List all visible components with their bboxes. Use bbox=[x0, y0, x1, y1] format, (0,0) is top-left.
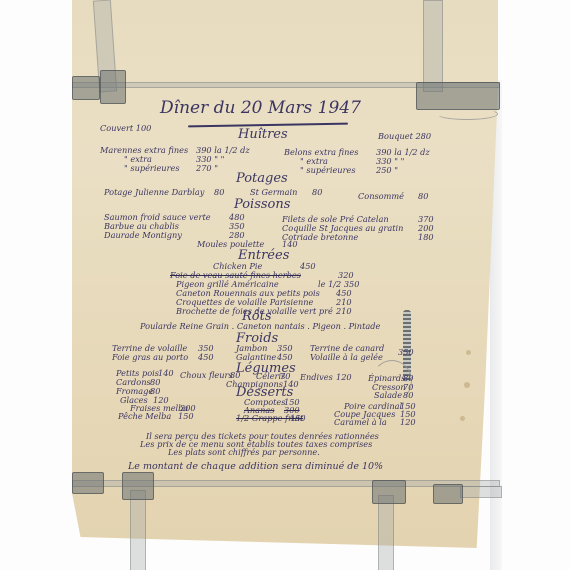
menu-item-struck: Foie de veau sauté fines herbes bbox=[170, 271, 301, 279]
menu-price: 200 bbox=[418, 224, 434, 232]
menu-item: Fromage bbox=[116, 387, 153, 395]
menu-price: 330 " " bbox=[196, 155, 224, 163]
menu-price: 250 " bbox=[376, 166, 398, 174]
note-line: Les plats sont chiffrés par personne. bbox=[168, 448, 320, 456]
menu-item: Moules poulette bbox=[197, 240, 264, 248]
menu-price: 270 " bbox=[196, 164, 218, 172]
menu-item: " supérieures bbox=[124, 164, 180, 172]
menu-item: Galantine bbox=[236, 353, 276, 361]
menu-item: Foie gras au porto bbox=[112, 353, 188, 361]
menu-price: 80 bbox=[150, 387, 160, 395]
menu-item: Daurade Montigny bbox=[104, 231, 182, 239]
menu-item: Jambon bbox=[236, 344, 267, 352]
menu-price: 350 bbox=[277, 344, 293, 352]
menu-price: 80 bbox=[214, 188, 224, 196]
menu-item: Caramel à la bbox=[334, 418, 387, 426]
menu-item: Cardons bbox=[116, 378, 151, 386]
menu-price: 80 bbox=[230, 371, 240, 379]
menu-item: Belons extra fines bbox=[284, 148, 358, 156]
menu-item: Filets de sole Pré Catelan bbox=[282, 215, 389, 223]
couvert-charge: Couvert 100 bbox=[100, 124, 151, 132]
menu-price: 450 bbox=[277, 353, 293, 361]
menu-item: Consommé bbox=[358, 192, 404, 200]
menu-item: Pigeon grillé Américaine bbox=[176, 280, 279, 288]
menu-price: 80 bbox=[312, 188, 322, 196]
menu-price: 210 bbox=[336, 307, 352, 315]
menu-price: 350 bbox=[198, 344, 214, 352]
menu-price: 450 bbox=[336, 289, 352, 297]
menu-price: 280 bbox=[229, 231, 245, 239]
menu-item: Endives bbox=[300, 373, 333, 381]
menu-item: Caneton Rouennais aux petits pois bbox=[176, 289, 320, 297]
menu-item: Salade bbox=[374, 391, 402, 399]
menu-item: " extra bbox=[124, 155, 152, 163]
menu-item: Choux fleurs bbox=[180, 371, 233, 379]
menu-item: Marennes extra fines bbox=[100, 146, 188, 154]
menu-item: Volaille à la gelée bbox=[310, 353, 383, 361]
menu-title: Dîner du 20 Mars 1947 bbox=[160, 100, 361, 117]
menu-price: 350 bbox=[229, 222, 245, 230]
menu-item: " supérieures bbox=[300, 166, 356, 174]
roasts-line: Poularde Reine Grain . Caneton nantais .… bbox=[140, 322, 380, 330]
menu-price: 390 la 1/2 dz bbox=[376, 148, 430, 156]
menu-item: Croquettes de volaille Parisienne bbox=[176, 298, 313, 306]
menu-item: St Germain bbox=[250, 188, 297, 196]
menu-item: Potage Julienne Darblay bbox=[104, 188, 204, 196]
menu-item: Petits pois bbox=[116, 369, 159, 377]
menu-item: Épinards bbox=[368, 374, 405, 382]
menu-item: Saumon froid sauce verte bbox=[104, 213, 211, 221]
menu-price: 80 bbox=[403, 374, 413, 382]
menu-price: 150 bbox=[178, 412, 194, 420]
menu-price: 80 bbox=[418, 192, 428, 200]
menu-item: " extra bbox=[300, 157, 328, 165]
menu-item: Coquille St Jacques au gratin bbox=[282, 224, 403, 232]
bouquet-charge: Bouquet 280 bbox=[378, 132, 431, 140]
menu-price: 80 bbox=[150, 378, 160, 386]
menu-price: 140 bbox=[158, 369, 174, 377]
menu-price: 370 bbox=[418, 215, 434, 223]
menu-item: Terrine de canard bbox=[310, 344, 384, 352]
menu-item: Cotriade bretonne bbox=[282, 233, 358, 241]
menu-price: 450 bbox=[198, 353, 214, 361]
menu-price: 450 bbox=[300, 262, 316, 270]
section-heading-potages: Potages bbox=[236, 172, 288, 185]
menu-price: 120 bbox=[400, 418, 416, 426]
menu-item: Pêche Melba bbox=[118, 412, 171, 420]
menu-price: le 1/2 350 bbox=[318, 280, 359, 288]
menu-price: 320 bbox=[338, 271, 354, 279]
menu-price: 150 bbox=[290, 414, 306, 422]
discount-footer: Le montant de chaque addition sera dimin… bbox=[128, 462, 383, 472]
menu-price: 330 " " bbox=[376, 157, 404, 165]
handwritten-menu: Dîner du 20 Mars 1947 Couvert 100 Bouque… bbox=[0, 0, 570, 570]
menu-price: 80 bbox=[403, 391, 413, 399]
menu-price: 390 la 1/2 dz bbox=[196, 146, 250, 154]
menu-price: 480 bbox=[229, 213, 245, 221]
section-heading-huitres: Huîtres bbox=[238, 128, 288, 141]
menu-price: 120 bbox=[336, 373, 352, 381]
section-heading-poissons: Poissons bbox=[234, 198, 290, 211]
menu-price: 180 bbox=[418, 233, 434, 241]
menu-price: 210 bbox=[336, 298, 352, 306]
menu-item: Terrine de volaille bbox=[112, 344, 187, 352]
menu-item: Chicken Pie bbox=[213, 262, 262, 270]
menu-price: 350 bbox=[398, 348, 414, 356]
menu-item: Barbue au chablis bbox=[104, 222, 179, 230]
